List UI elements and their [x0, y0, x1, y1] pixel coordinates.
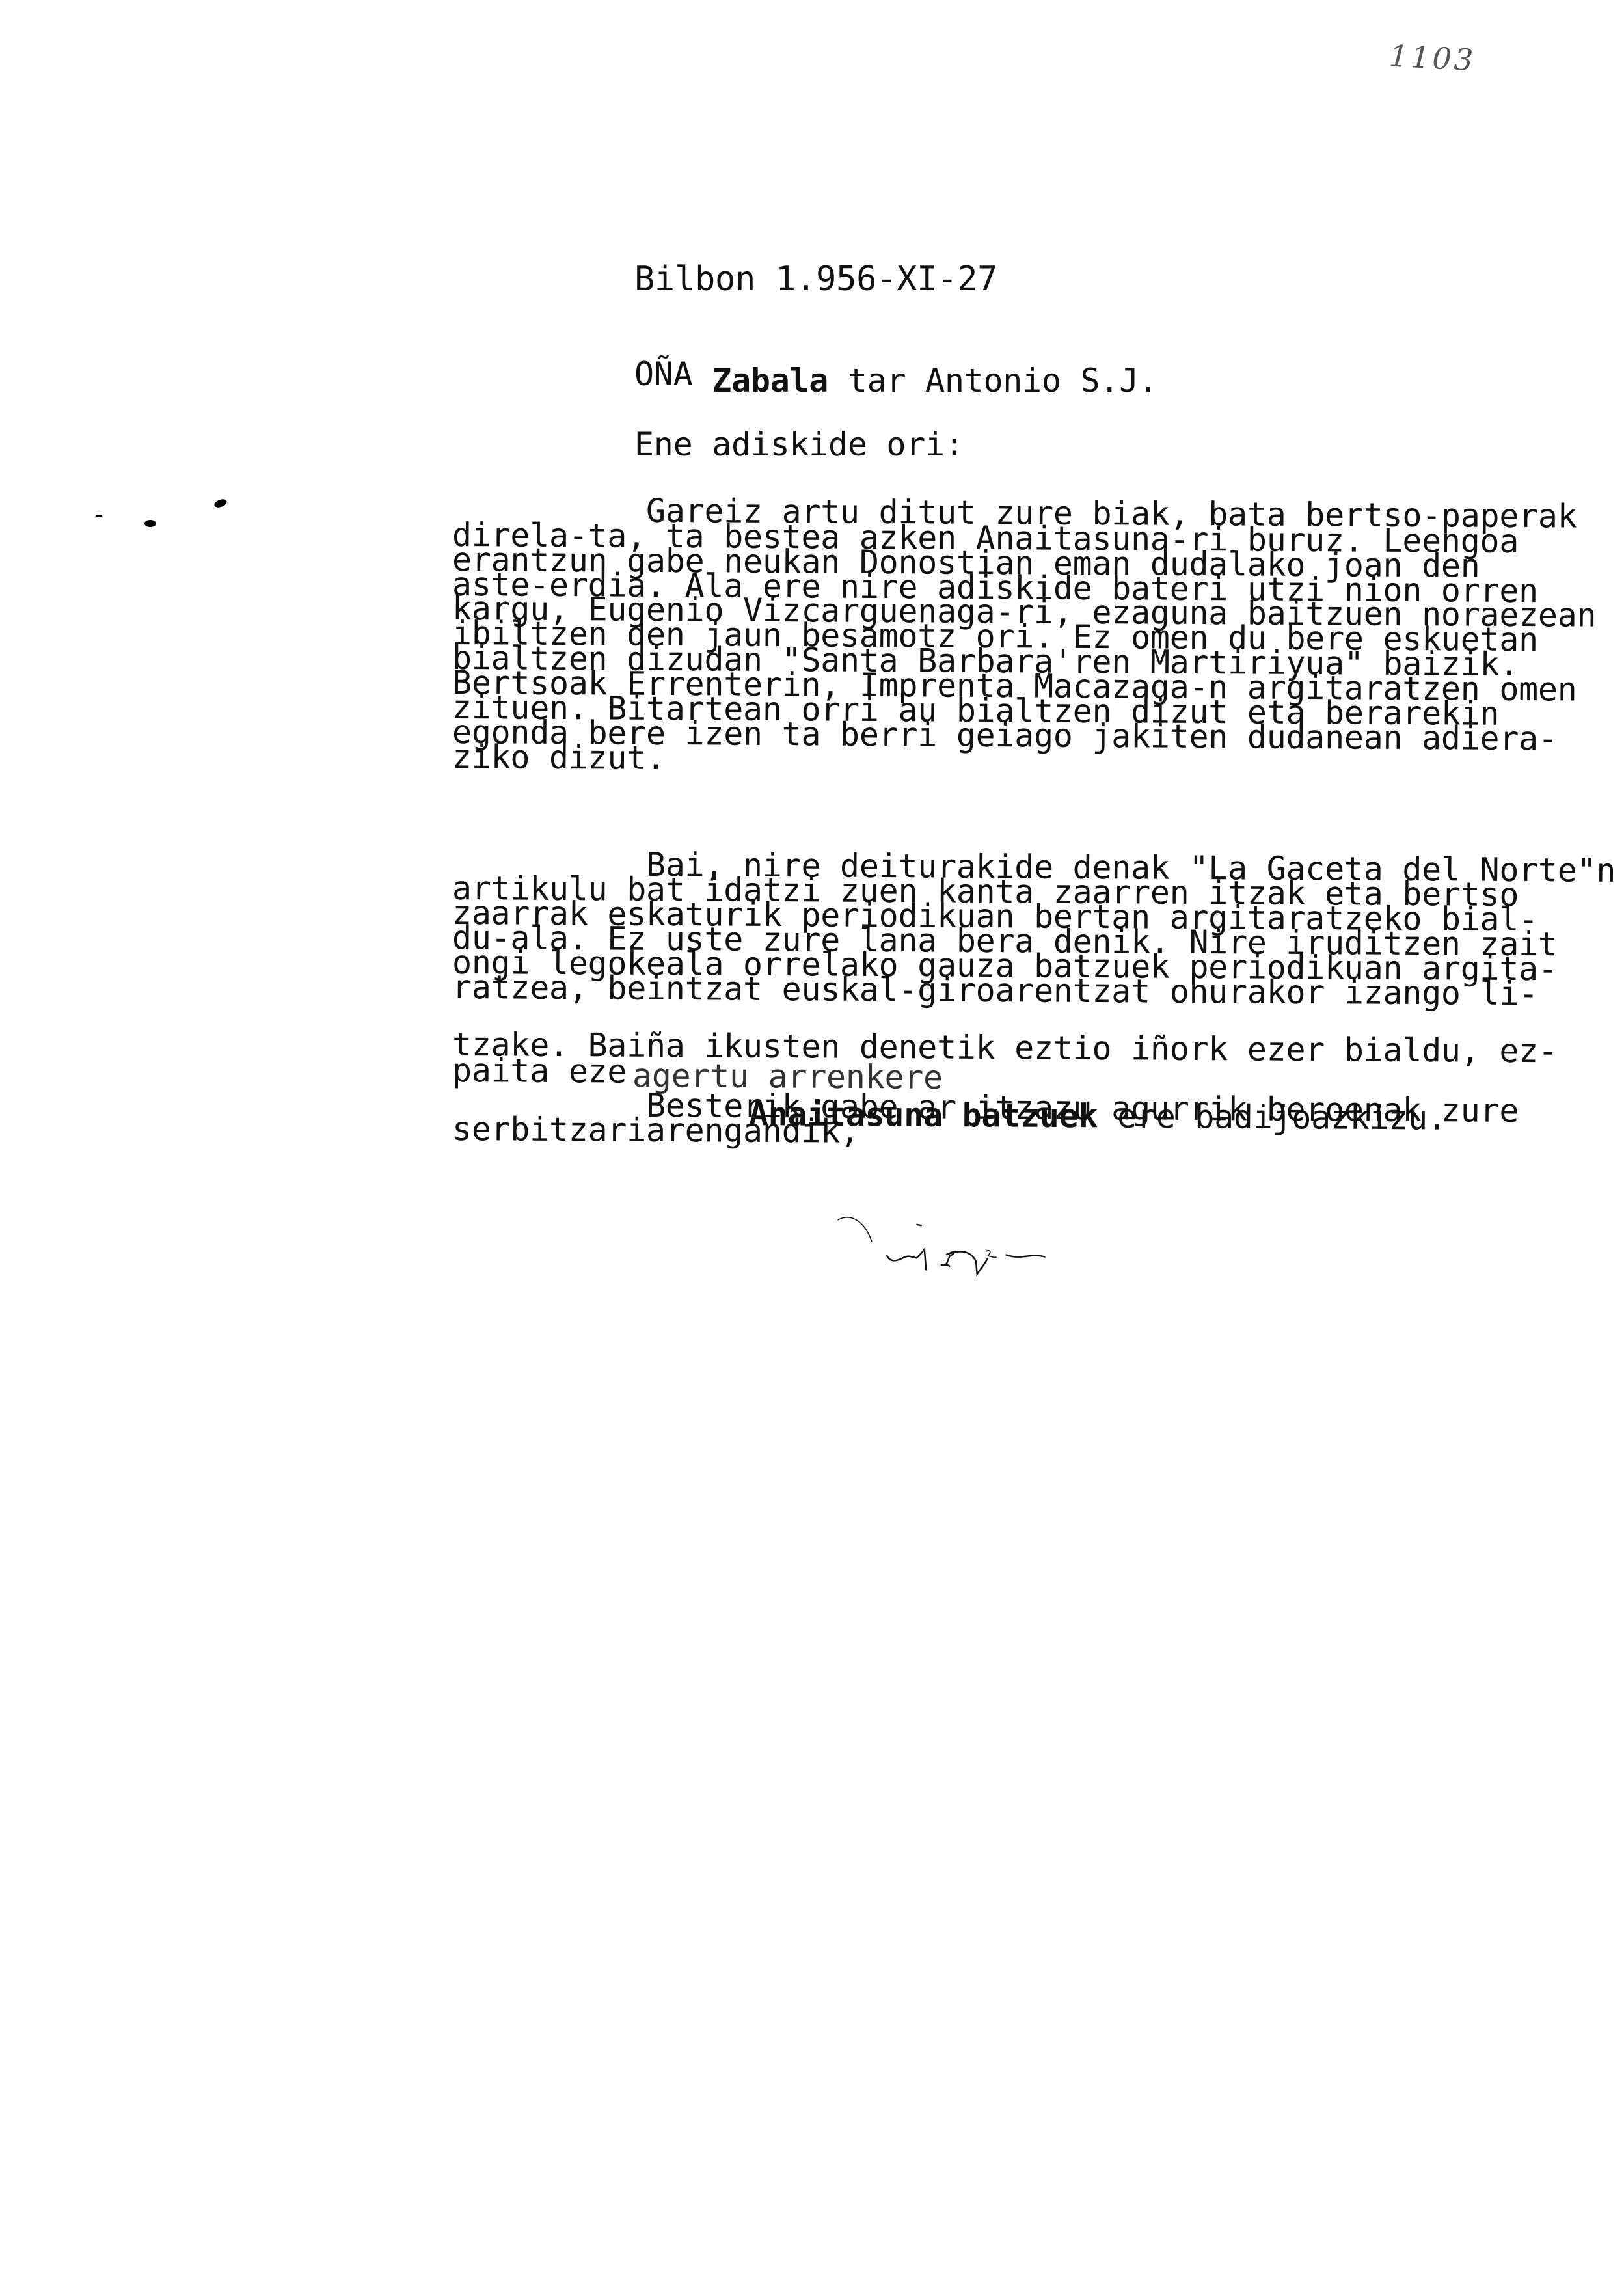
margin-speck — [144, 520, 156, 527]
recipient-surname: Zabala — [712, 362, 828, 400]
margin-speck — [213, 498, 228, 509]
recipient-line: Zabala tar Antonio S.J. — [634, 332, 1158, 429]
archive-number: 1103 — [1388, 38, 1477, 78]
recipient-place: OÑA — [634, 358, 692, 390]
body-line: serbitzariarengandik, — [452, 1113, 859, 1148]
margin-speck — [96, 515, 102, 517]
body-line: ratzea, beintzat euskal-giroarentzat onu… — [452, 971, 1538, 1010]
letter-page: 1103 Bilbon 1.956-XI-27 Zabala tar Anton… — [0, 0, 1624, 2282]
recipient-name: tar Antonio S.J. — [828, 362, 1158, 400]
body-line: ziko dizut. — [452, 740, 666, 774]
handwritten-signature — [807, 1197, 1080, 1327]
body-line-prefix: paita eze — [452, 1054, 627, 1088]
date-line: Bilbon 1.956-XI-27 — [634, 263, 997, 295]
salutation: Ene adiskide ori: — [634, 428, 964, 461]
